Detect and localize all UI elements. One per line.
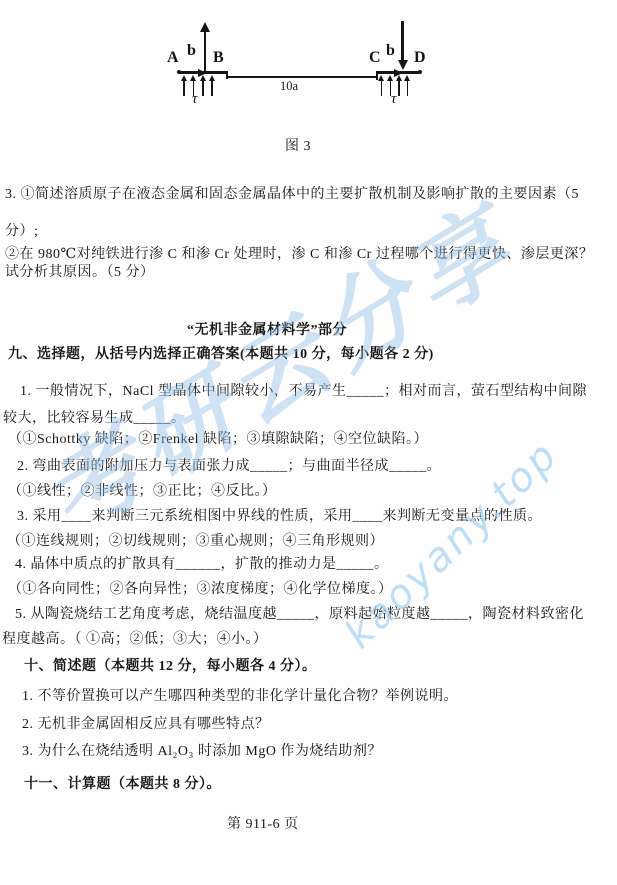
s9-q4-line1: 4. 晶体中质点的扩散具有______，扩散的推动力是_____。 — [15, 556, 389, 574]
question3-line1: 3. ①简述溶质原子在液态金属和固态金属晶体中的主要扩散机制及影响扩散的主要因素… — [5, 186, 579, 204]
s9-q3-line1: 3. 采用____来判断三元系统相图中界线的性质，采用____来判断无变量点的性… — [17, 508, 542, 526]
segment-start-dot-left — [177, 70, 181, 74]
s9-q5-line2: 程度越高。（ ①高；②低；③大；④小。） — [2, 631, 268, 649]
slip-segment-left — [179, 71, 228, 74]
s9-q4-options: （①各向同性；②各向异性；③浓度梯度；④化学位梯度。） — [8, 581, 393, 599]
shear-arrow-shaft — [183, 81, 185, 96]
question3-line4: 试分析其原因。（5 分） — [5, 264, 155, 282]
slip-segment-right — [376, 71, 421, 74]
shear-arrow-shaft — [193, 81, 195, 96]
shear-arrow-head — [190, 75, 196, 81]
shear-arrow-shaft — [381, 81, 383, 96]
shear-arrow-shaft — [390, 81, 392, 96]
force-arrow-down-head — [398, 60, 408, 70]
shear-arrow-head — [404, 75, 410, 81]
point-d-label: D — [414, 49, 426, 67]
force-arrow-down-shaft — [401, 21, 404, 61]
page-footer: 第 911-6 页 — [227, 816, 299, 834]
s9-q1-line1: 1. 一般情况下，NaCl 型晶体中间隙较小，不易产生_____；相对而言，萤石… — [20, 383, 587, 401]
shear-arrow-head — [209, 75, 215, 81]
slip-direction-arrowhead-left — [198, 69, 207, 77]
connecting-line — [228, 76, 377, 78]
s9-q5-line1: 5. 从陶瓷烧结工艺角度考虑，烧结温度越_____，原料起始粒度越_____，陶… — [15, 606, 584, 624]
point-c-label: C — [369, 49, 381, 67]
force-arrow-up-head — [200, 22, 210, 32]
burgers-vector-left-label: b⃗ — [187, 42, 208, 60]
shear-arrow-head — [200, 75, 206, 81]
segment-start-tick-right — [376, 73, 378, 80]
length-10a-label: 10a — [280, 79, 298, 94]
point-b-label: B — [213, 49, 224, 67]
s9-q2-options: （①线性；②非线性；③正比；④反比。） — [8, 483, 277, 501]
shear-arrow-shaft — [202, 81, 204, 96]
part-heading: “无机非金属材料学”部分 — [187, 322, 347, 340]
s10-q2: 2. 无机非金属固相反应具有哪些特点？ — [22, 716, 270, 734]
shear-arrow-head — [396, 75, 402, 81]
shear-arrow-shaft — [407, 81, 409, 96]
segment-end-tick-left — [226, 71, 228, 79]
figure-caption: 图 3 — [285, 138, 311, 156]
point-a-label: A — [167, 49, 179, 67]
segment-end-dot-right — [418, 70, 422, 74]
shear-arrow-head — [387, 75, 393, 81]
s9-q1-options: （①Schottky 缺陷；②Frenkel 缺陷；③填隙缺陷；④空位缺陷。） — [8, 431, 428, 449]
question3-line2: 分）; — [5, 223, 38, 241]
burgers-vector-right-label: b⃗ — [386, 42, 407, 60]
question3-line3: ②在 980℃对纯铁进行渗 C 和渗 Cr 处理时，渗 C 和渗 Cr 过程哪个… — [5, 246, 593, 264]
shear-arrow-shaft — [398, 81, 400, 96]
tau-right-label: τ — [391, 91, 396, 108]
exam-page: A b⃗ B τ 10a C b⃗ D — [0, 0, 617, 885]
shear-arrow-shaft — [211, 81, 213, 96]
s10-q1: 1. 不等价置换可以产生哪四种类型的非化学计量化合物？举例说明。 — [22, 688, 458, 706]
s10-q3: 3. 为什么在烧结透明 Al₂O₃ 时添加 MgO 作为烧结助剂？ — [22, 743, 382, 761]
shear-arrow-head — [181, 75, 187, 81]
s9-q3-options: （①连线规则；②切线规则；③重心规则；④三角形规则） — [7, 533, 384, 551]
slip-direction-arrowhead-right — [394, 69, 403, 77]
section11-title: 十一、计算题（本题共 8 分）。 — [24, 776, 221, 794]
shear-arrow-head — [378, 75, 384, 81]
section10-title: 十、简述题（本题共 12 分，每小题各 4 分）。 — [24, 658, 317, 676]
s9-q2-line1: 2. 弯曲表面的附加压力与表面张力成_____；与曲面半径成_____。 — [17, 458, 441, 476]
force-arrow-up-shaft — [204, 31, 207, 73]
s9-q1-line2: 较大，比较容易生成_____。 — [3, 410, 186, 428]
tau-left-label: τ — [192, 91, 197, 108]
section9-title: 九、选择题，从括号内选择正确答案(本题共 10 分，每小题各 2 分) — [8, 346, 434, 364]
